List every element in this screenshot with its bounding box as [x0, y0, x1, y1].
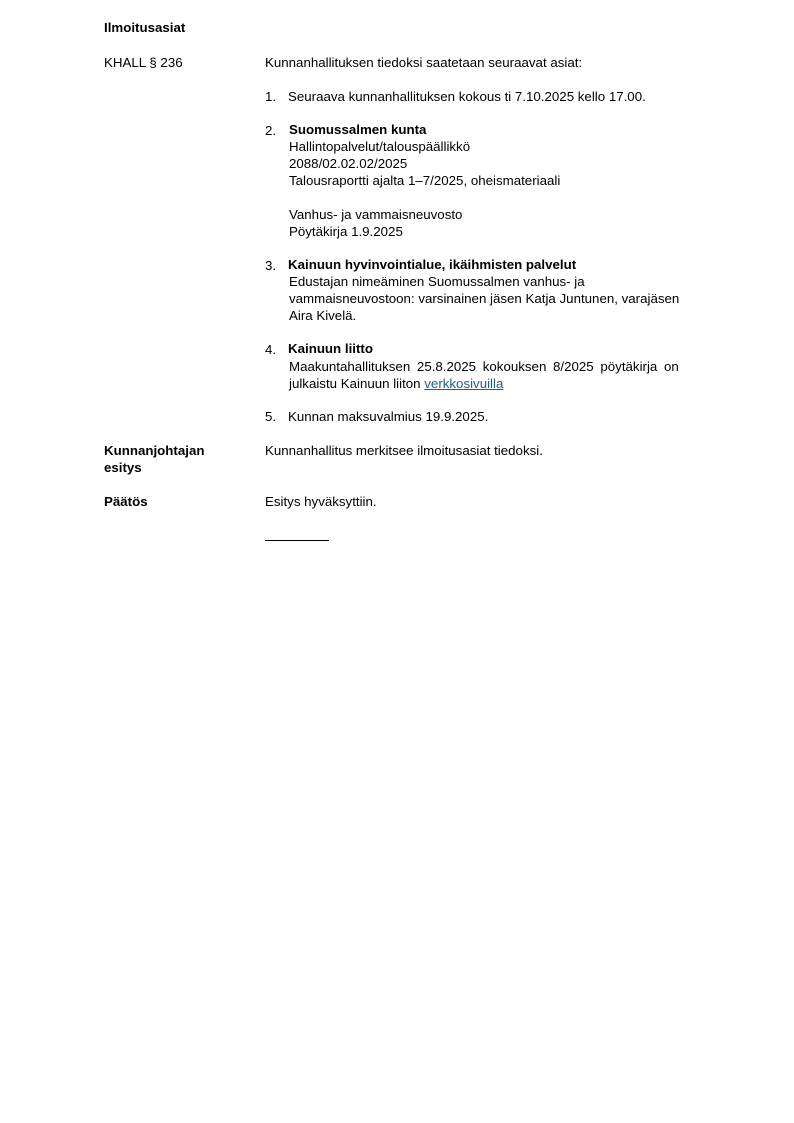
link-prefix: julkaistu Kainuun liiton: [289, 376, 424, 391]
item-title-2: Suomussalmen kunta: [289, 121, 426, 138]
item-text-5: Kunnan maksuvalmius 19.9.2025.: [288, 408, 488, 425]
closing-rule: [265, 540, 329, 541]
item-line: Aira Kivelä.: [289, 307, 356, 324]
item-line: Vanhus- ja vammaisneuvosto: [289, 206, 462, 223]
decision-label: Päätös: [104, 493, 148, 510]
decision-text: Esitys hyväksyttiin.: [265, 493, 377, 510]
item-number-4: 4.: [265, 341, 276, 358]
item-line: Talousraportti ajalta 1–7/2025, oheismat…: [289, 172, 560, 189]
item-line: vammaisneuvostoon: varsinainen jäsen Kat…: [289, 290, 679, 307]
section-heading: Ilmoitusasiat: [104, 19, 185, 36]
item-line: Maakuntahallituksen 25.8.2025 kokouksen …: [289, 358, 679, 375]
item-number-2: 2.: [265, 122, 276, 139]
item-line-with-link: julkaistu Kainuun liiton verkkosivuilla: [289, 375, 503, 392]
item-number-3: 3.: [265, 257, 276, 274]
item-title-3: Kainuun hyvinvointialue, ikäihmisten pal…: [288, 256, 576, 273]
item-line: 2088/02.02.02/2025: [289, 155, 407, 172]
intro-text: Kunnanhallituksen tiedoksi saatetaan seu…: [265, 54, 582, 71]
item-title-4: Kainuun liitto: [288, 340, 373, 357]
item-number-5: 5.: [265, 408, 276, 425]
proposal-text: Kunnanhallitus merkitsee ilmoitusasiat t…: [265, 442, 543, 459]
proposal-label-line1: Kunnanjohtajan: [104, 442, 204, 459]
proposal-label-line2: esitys: [104, 459, 142, 476]
website-link[interactable]: verkkosivuilla: [424, 376, 503, 391]
item-line: Pöytäkirja 1.9.2025: [289, 223, 403, 240]
item-line: Edustajan nimeäminen Suomussalmen vanhus…: [289, 273, 585, 290]
item-text-1: Seuraava kunnanhallituksen kokous ti 7.1…: [288, 88, 646, 105]
item-line: Hallintopalvelut/talouspäällikkö: [289, 138, 470, 155]
item-number-1: 1.: [265, 88, 276, 105]
section-reference: KHALL § 236: [104, 54, 183, 71]
